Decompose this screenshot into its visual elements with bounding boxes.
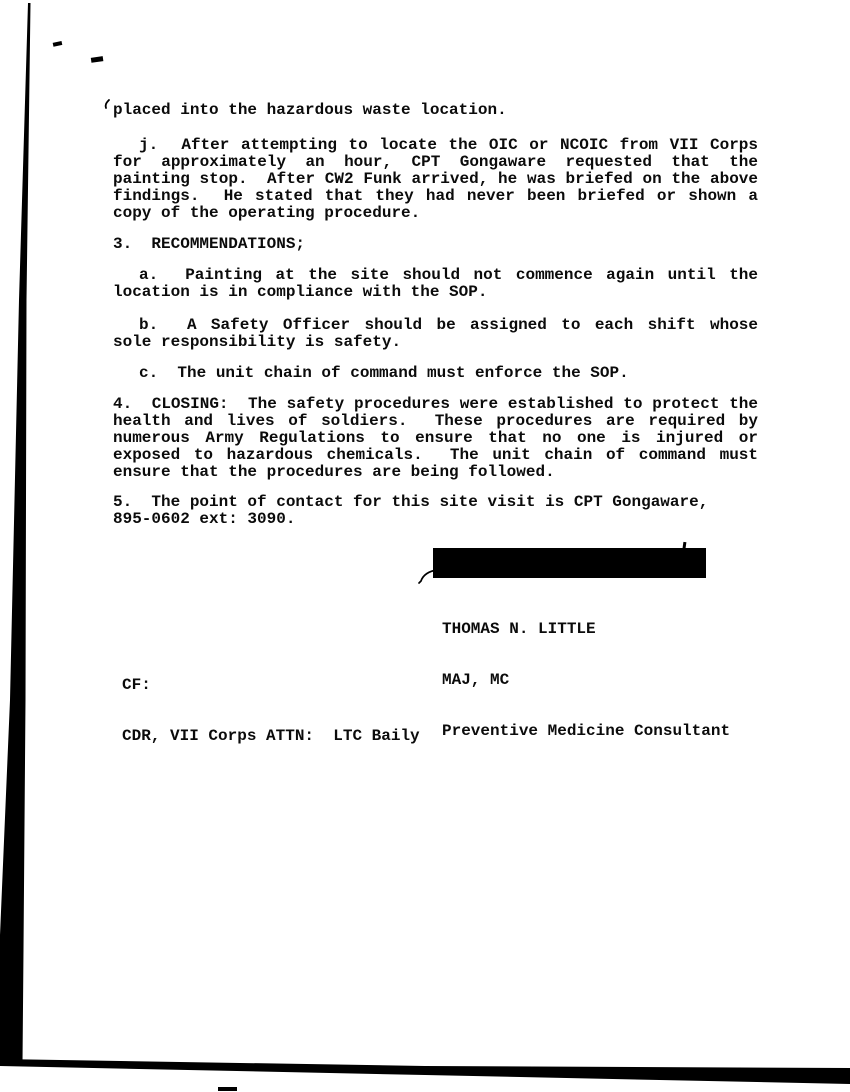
signature-rank: MAJ, MC	[442, 672, 730, 689]
redaction-bar	[433, 548, 706, 578]
signature-name: THOMAS N. LITTLE	[442, 621, 730, 638]
paragraph-para-4: 4. CLOSING: The safety procedures were e…	[113, 396, 758, 481]
paragraph-para-5: 5. The point of contact for this site vi…	[113, 494, 758, 528]
text-line: copy of the operating procedure.	[113, 205, 758, 222]
paragraph-intro: placed into the hazardous waste location…	[113, 102, 758, 119]
cf-line: CDR, VII Corps ATTN: LTC Baily	[122, 728, 420, 745]
text-line: painting stop. After CW2 Funk arrived, h…	[113, 171, 758, 188]
cf-block: CF: CDR, VII Corps ATTN: LTC Baily	[122, 643, 420, 779]
paragraph-item-b: b. A Safety Officer should be assigned t…	[113, 317, 758, 351]
body-text: placed into the hazardous waste location…	[113, 102, 758, 528]
text-line: placed into the hazardous waste location…	[113, 102, 758, 119]
paragraph-item-c: c. The unit chain of command must enforc…	[113, 365, 758, 382]
text-line: health and lives of soldiers. These proc…	[113, 413, 758, 430]
scan-artifact-comma	[106, 100, 109, 108]
scan-artifact-dash-2	[91, 56, 104, 63]
scan-edge-left	[0, 3, 31, 1063]
text-line: numerous Army Regulations to ensure that…	[113, 430, 758, 447]
signature-title: Preventive Medicine Consultant	[442, 723, 730, 740]
text-line: sole responsibility is safety.	[113, 334, 758, 351]
text-line: location is in compliance with the SOP.	[113, 284, 758, 301]
scan-edge-bottom	[0, 1059, 850, 1084]
text-line: 3. RECOMMENDATIONS;	[113, 236, 758, 253]
scan-artifact-dash-bottom	[218, 1087, 237, 1091]
scan-artifact-dash-1	[53, 41, 63, 47]
text-line: ensure that the procedures are being fol…	[113, 464, 758, 481]
text-line: for approximately an hour, CPT Gongaware…	[113, 154, 758, 171]
text-line: 5. The point of contact for this site vi…	[113, 494, 758, 511]
paragraph-item-j: j. After attempting to locate the OIC or…	[113, 137, 758, 222]
paragraph-heading-3: 3. RECOMMENDATIONS;	[113, 236, 758, 253]
text-line: b. A Safety Officer should be assigned t…	[113, 317, 758, 334]
document-page: placed into the hazardous waste location…	[0, 0, 850, 1092]
text-line: c. The unit chain of command must enforc…	[113, 365, 758, 382]
text-line: 895-0602 ext: 3090.	[113, 511, 758, 528]
paragraph-item-a: a. Painting at the site should not comme…	[113, 267, 758, 301]
text-line: findings. He stated that they had never …	[113, 188, 758, 205]
text-line: j. After attempting to locate the OIC or…	[113, 137, 758, 154]
text-line: 4. CLOSING: The safety procedures were e…	[113, 396, 758, 413]
signature-block: THOMAS N. LITTLE MAJ, MC Preventive Medi…	[442, 587, 730, 774]
text-line: exposed to hazardous chemicals. The unit…	[113, 447, 758, 464]
cf-label: CF:	[122, 677, 420, 694]
text-line: a. Painting at the site should not comme…	[113, 267, 758, 284]
